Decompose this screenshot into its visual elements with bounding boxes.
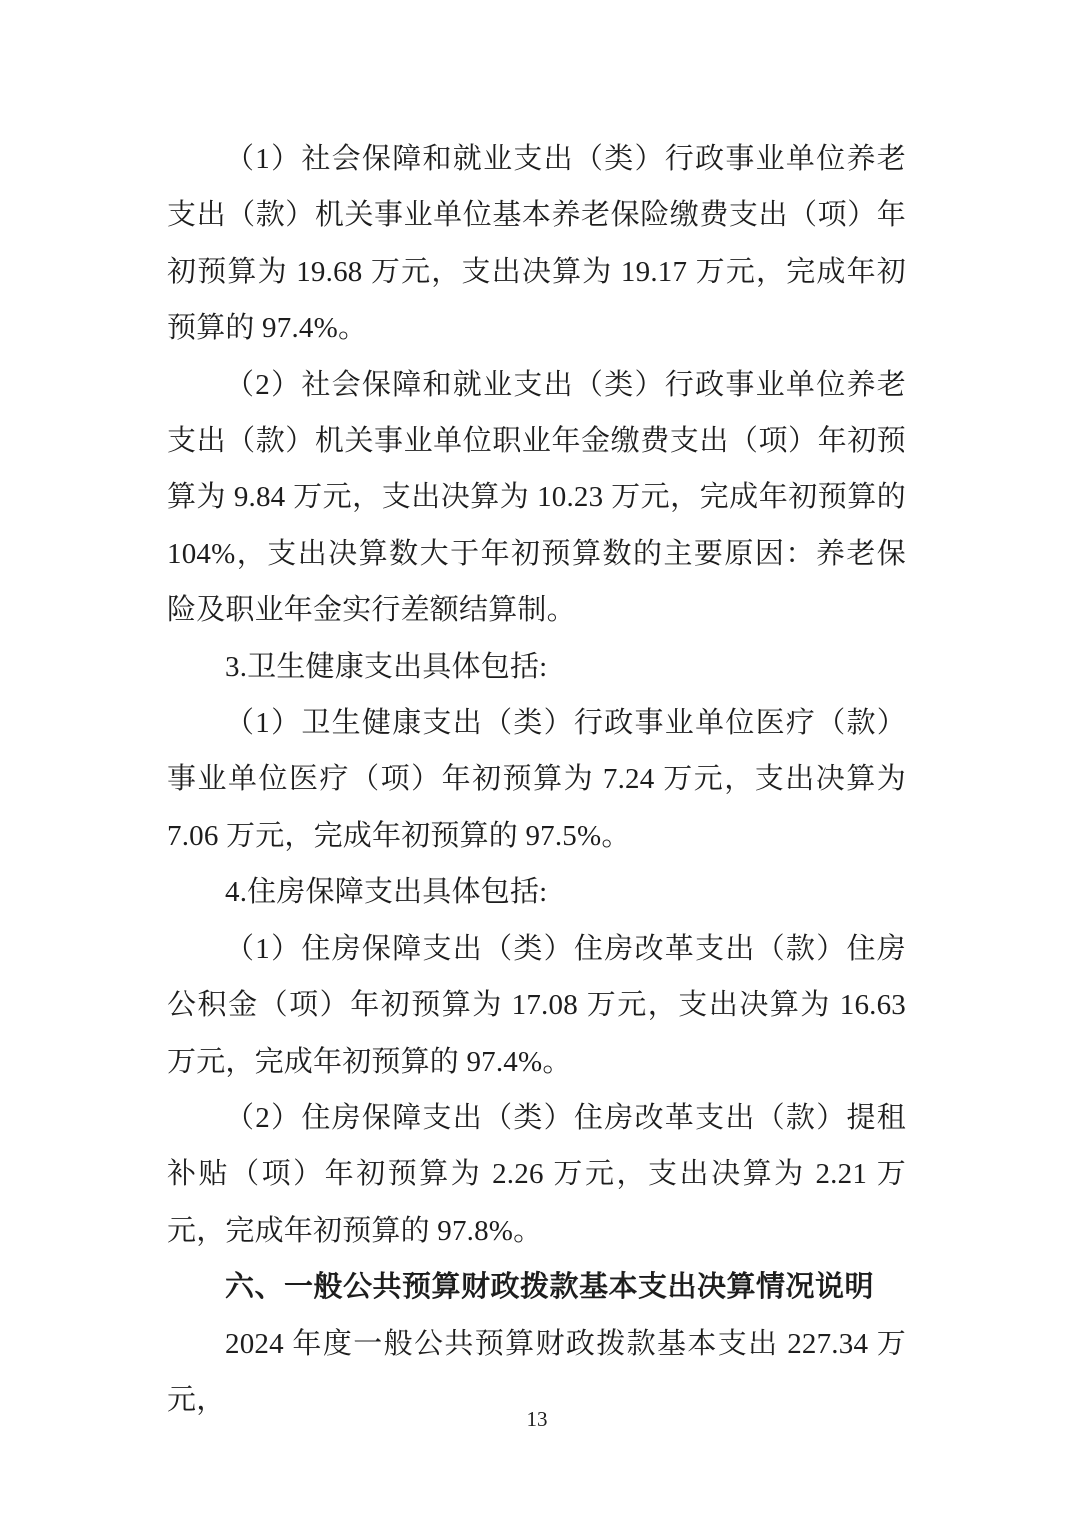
paragraph-housing-rent-subsidy: （2）住房保障支出（类）住房改革支出（款）提租补贴（项）年初预算为 2.26 万… — [167, 1090, 906, 1259]
paragraph-social-security-occupational-annuity: （2）社会保障和就业支出（类）行政事业单位养老支出（款）机关事业单位职业年金缴费… — [167, 357, 906, 639]
list-item-housing-expenditure-intro: 4.住房保障支出具体包括: — [167, 864, 906, 920]
paragraph-health-medical: （1）卫生健康支出（类）行政事业单位医疗（款）事业单位医疗（项）年初预算为 7.… — [167, 695, 906, 864]
document-page: （1）社会保障和就业支出（类）行政事业单位养老支出（款）机关事业单位基本养老保险… — [0, 0, 1074, 1520]
section-heading-basic-expenditure: 六、一般公共预算财政拨款基本支出决算情况说明 — [167, 1259, 906, 1315]
paragraph-social-security-basic-pension: （1）社会保障和就业支出（类）行政事业单位养老支出（款）机关事业单位基本养老保险… — [167, 131, 906, 357]
page-body-text: （1）社会保障和就业支出（类）行政事业单位养老支出（款）机关事业单位基本养老保险… — [167, 131, 906, 1428]
paragraph-housing-provident-fund: （1）住房保障支出（类）住房改革支出（款）住房公积金（项）年初预算为 17.08… — [167, 921, 906, 1090]
list-item-health-expenditure-intro: 3.卫生健康支出具体包括: — [167, 639, 906, 695]
page-number: 13 — [0, 1405, 1074, 1433]
